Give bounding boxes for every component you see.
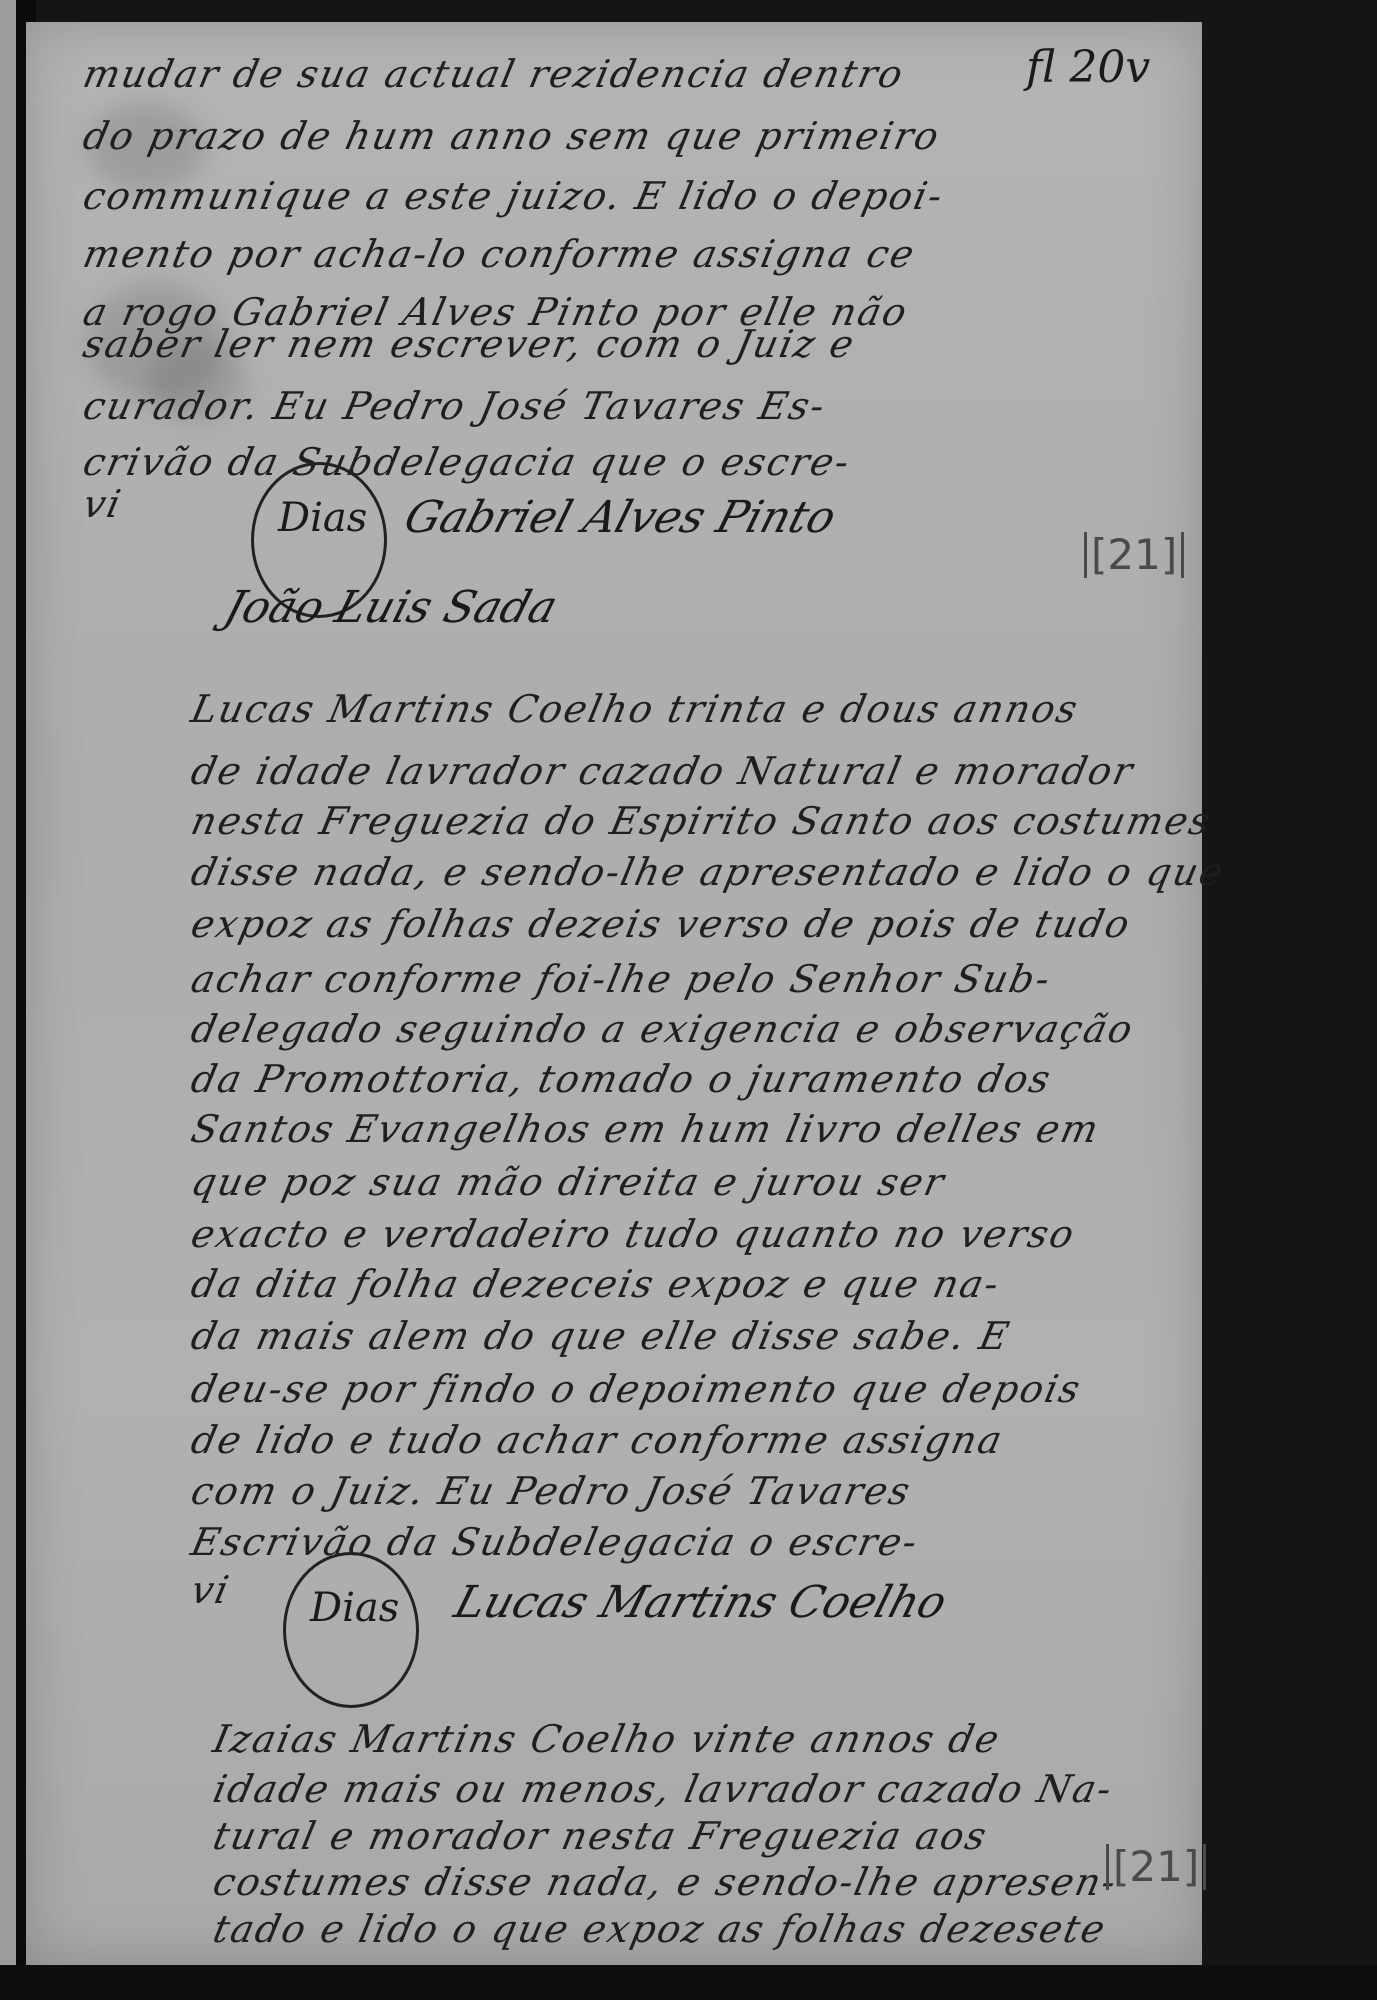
text-line: da mais alem do que elle disse sabe. E (187, 1314, 1014, 1358)
seal-text: Dias (278, 495, 367, 541)
text-line: delegado seguindo a exigencia e observaç… (187, 1007, 1138, 1051)
signature-gabriel: Gabriel Alves Pinto (399, 492, 842, 543)
text-line: Escrivão da Subdelegacia o escre- (187, 1520, 922, 1564)
text-line: disse nada, e sendo-lhe apresentado e li… (187, 850, 1229, 894)
text-line: costumes disse nada, e sendo-lhe apresen… (209, 1860, 1121, 1904)
text-line: do prazo de hum anno sem que primeiro (79, 114, 944, 158)
text-line: vi (187, 1568, 234, 1612)
text-line: de lido e tudo achar conforme assigna (187, 1418, 1007, 1462)
signature-joao: João Luis Sada (219, 582, 563, 633)
text-line: que poz sua mão direita e jurou ser (187, 1160, 949, 1204)
text-line: communique a este juizo. E lido o depoi- (79, 174, 948, 218)
text-line: tado e lido o que expoz as folhas dezese… (209, 1907, 1110, 1951)
text-line: expoz as folhas dezeis verso de pois de … (187, 902, 1135, 946)
page-stamp-upper: [21] (1084, 532, 1184, 578)
folio-marker: fl 20v (1026, 42, 1150, 93)
seal-text: Dias (310, 1585, 399, 1631)
text-line: tural e morador nesta Freguezia aos (209, 1814, 992, 1858)
scan-left-strip (0, 0, 16, 2000)
signature-lucas: Lucas Martins Coelho (449, 1577, 953, 1628)
text-line: da dita folha dezeceis expoz e que na- (187, 1262, 1004, 1306)
text-line: exacto e verdadeiro tudo quanto no verso (187, 1212, 1079, 1256)
text-line: mento por acha-lo conforme assigna ce (79, 232, 920, 276)
text-line: vi (79, 482, 126, 526)
manuscript-page: fl 20v [21] mudar de sua actual rezidenc… (26, 22, 1202, 1965)
text-line: idade mais ou menos, lavrador cazado Na- (209, 1767, 1117, 1811)
text-line: nesta Freguezia do Espirito Santo aos co… (187, 799, 1216, 843)
text-line: curador. Eu Pedro José Tavares Es- (79, 384, 830, 428)
text-line: Lucas Martins Coelho trinta e dous annos (187, 687, 1083, 731)
text-line: deu-se por findo o depoimento que depois (187, 1367, 1085, 1411)
text-line: achar conforme foi-lhe pelo Senhor Sub- (187, 957, 1055, 1001)
text-line: da Promottoria, tomado o juramento dos (187, 1057, 1056, 1101)
scan-bottom-edge (0, 1965, 1377, 2000)
text-line: mudar de sua actual rezidencia dentro (79, 52, 908, 96)
text-line: de idade lavrador cazado Natural e morad… (187, 749, 1138, 793)
text-line: Santos Evangelhos em hum livro delles em (187, 1107, 1104, 1151)
text-line: saber ler nem escrever, com o Juiz e (79, 322, 859, 366)
page-stamp-lower: [21] (1106, 1844, 1206, 1890)
text-line: com o Juiz. Eu Pedro José Tavares (187, 1469, 915, 1513)
text-line: crivão da Subdelegacia que o escre- (79, 440, 855, 484)
text-line: Izaias Martins Coelho vinte annos de (209, 1717, 1004, 1761)
seal-flourish: Dias (283, 1552, 419, 1708)
